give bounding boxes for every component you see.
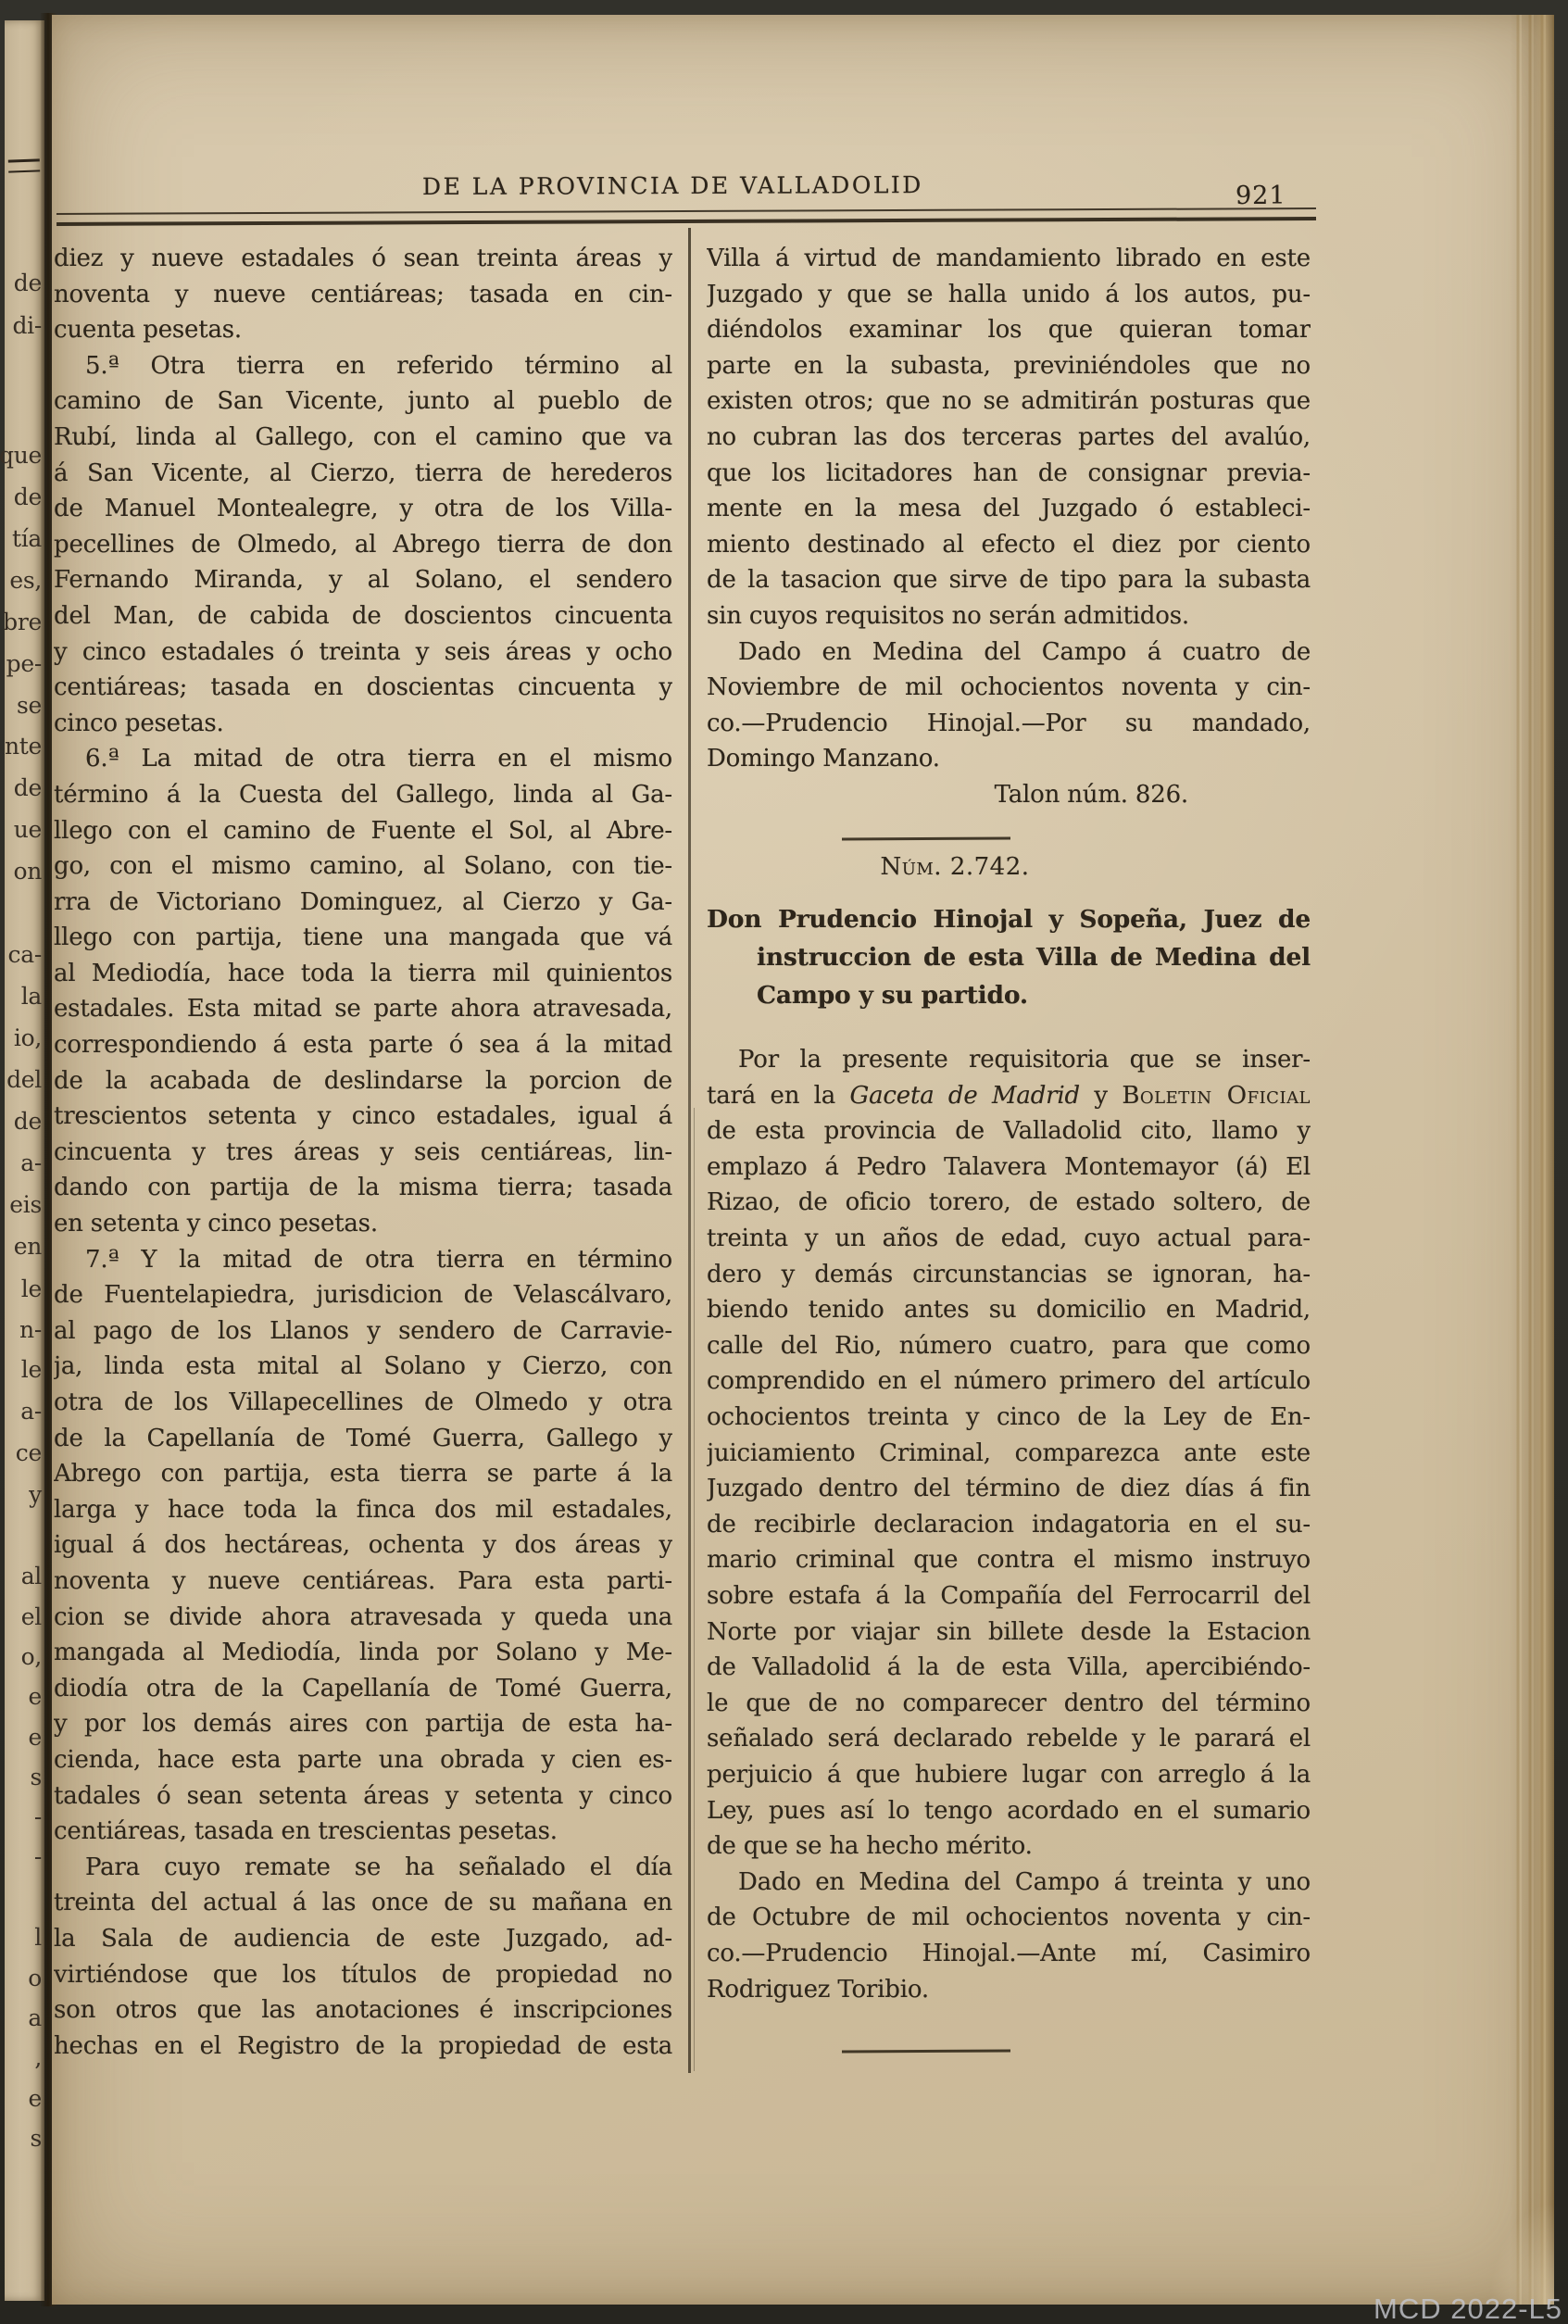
margin-fragment: eis xyxy=(9,1191,42,1218)
text-line: de Manuel Montealegre, y otra de los Vil… xyxy=(54,491,672,527)
text-line: trescientos setenta y cinco estadales, i… xyxy=(54,1099,672,1135)
notice-heading: Don Prudencio Hinojal y Sopeña, Juez dei… xyxy=(707,900,1311,1014)
text-line: noventa y nueve centiáreas. Para esta pa… xyxy=(54,1564,672,1600)
margin-fragment: di- xyxy=(12,312,42,339)
text-line: Noviembre de mil ochocientos noventa y c… xyxy=(707,670,1311,706)
text-line: cincuenta y tres áreas y seis centiáreas… xyxy=(54,1135,672,1171)
text-line: miento destinado al efecto el diez por c… xyxy=(707,527,1311,563)
margin-fragment: a- xyxy=(20,1149,42,1176)
text-line: treinta del actual á las once de su maña… xyxy=(54,1885,672,1921)
text-line: y cinco estadales ó treinta y seis áreas… xyxy=(54,634,672,671)
page-title: DE LA PROVINCIA DE VALLADOLID xyxy=(422,171,922,200)
margin-fragment: ce xyxy=(16,1439,42,1466)
margin-fragment: le xyxy=(21,1356,42,1383)
margin-fragment: que xyxy=(0,442,42,469)
text-line: cuenta pesetas. xyxy=(54,312,672,348)
text-line: de la tasacion que sirve de tipo para la… xyxy=(707,562,1311,598)
text-line: perjuicio á que hubiere lugar con arregl… xyxy=(707,1757,1311,1793)
text-line: de Octubre de mil ochocientos noventa y … xyxy=(707,1900,1311,1936)
text-line: llego con partija, tiene una mangada que… xyxy=(54,920,672,956)
margin-fragment: en xyxy=(14,1233,42,1260)
text-line: emplazo á Pedro Talavera Montemayor (á) … xyxy=(707,1149,1311,1186)
text-line: Dado en Medina del Campo á treinta y uno xyxy=(707,1865,1311,1901)
text-line: centiáreas; tasada en doscientas cincuen… xyxy=(54,670,672,706)
text-line: mario criminal que contra el mismo instr… xyxy=(707,1542,1311,1578)
text-line: Ley, pues así lo tengo acordado en el su… xyxy=(707,1793,1311,1829)
text-line: centiáreas, tasada en trescientas peseta… xyxy=(54,1814,672,1850)
text-line: señalado será declarado rebelde y le par… xyxy=(707,1721,1311,1757)
text-line: parte en la subasta, previniéndoles que … xyxy=(707,348,1311,384)
text-line: Por la presente requisitoria que se inse… xyxy=(707,1042,1311,1078)
page-edge-mark xyxy=(8,158,40,172)
text-line: diéndolos examinar los que quieran tomar xyxy=(707,312,1311,348)
margin-fragment: a xyxy=(28,2004,42,2031)
text-line: ja, linda esta mital al Solano y Cierzo,… xyxy=(54,1349,672,1385)
text-line: otra de los Villapecellines de Olmedo y … xyxy=(54,1385,672,1421)
margin-fragment: tía xyxy=(12,525,42,552)
text-line: ochocientos treinta y cinco de la Ley de… xyxy=(707,1400,1311,1436)
heading-line: Campo y su partido. xyxy=(707,976,1311,1014)
text-line: llego con el camino de Fuente el Sol, al… xyxy=(54,813,672,849)
text-line: término á la Cuesta del Gallego, linda a… xyxy=(54,777,672,813)
margin-fragment: on xyxy=(13,858,42,885)
corner-curl xyxy=(1489,2203,1554,2305)
text-line: virtiéndose que los títulos de propiedad… xyxy=(54,1957,672,1993)
margin-fragment: io, xyxy=(14,1024,42,1051)
margin-fragment: de xyxy=(14,270,42,296)
margin-fragment: al xyxy=(21,1563,42,1589)
text-line: son otros que las anotaciones é inscripc… xyxy=(54,1992,672,2029)
section-rule xyxy=(842,836,1010,840)
text-line: biendo tenido antes su domicilio en Madr… xyxy=(707,1292,1311,1328)
margin-fragment: le xyxy=(21,1275,42,1302)
margin-fragment: nte xyxy=(5,733,42,760)
heading-line: instruccion de esta Villa de Medina del xyxy=(707,938,1311,976)
text-line: cienda, hace esta parte una obrada y cie… xyxy=(54,1742,672,1778)
text-line: igual á dos hectáreas, ochenta y dos áre… xyxy=(54,1527,672,1564)
text-line: Fernando Miranda, y al Solano, el sender… xyxy=(54,562,672,598)
text-line: en setenta y cinco pesetas. xyxy=(54,1206,672,1242)
margin-fragment: de xyxy=(14,774,42,801)
previous-page-edge: dedi-quedetíaes,brepe-sentedeueonca-laio… xyxy=(5,20,44,2301)
scan-watermark: MCD 2022-L5 xyxy=(1374,2293,1562,2324)
text-line: Rizao, de oficio torero, de estado solte… xyxy=(707,1185,1311,1221)
text-line: mangada al Mediodía, linda por Solano y … xyxy=(54,1635,672,1671)
gazette-page: DE LA PROVINCIA DE VALLADOLID 921 diez y… xyxy=(52,15,1554,2305)
text-line: de recibirle declaracion indagatoria en … xyxy=(707,1507,1311,1543)
text-line: co.—Prudencio Hinojal.—Por su mandado, xyxy=(707,706,1311,742)
text-line: de la acabada de deslindarse la porcion … xyxy=(54,1063,672,1099)
left-column: diez y nueve estadales ó sean treinta ár… xyxy=(54,241,672,2064)
text-line: Para cuyo remate se ha señalado el día xyxy=(54,1850,672,1886)
text-line: de esta provincia de Valladolid cito, ll… xyxy=(707,1113,1311,1149)
text-line: hechas en el Registro de la propiedad de… xyxy=(54,2029,672,2065)
text-line: dero y demás circunstancias se ignoran, … xyxy=(707,1257,1311,1293)
text-line: go, con el mismo camino, al Solano, con … xyxy=(54,848,672,885)
text-line: y por los demás aires con partija de est… xyxy=(54,1706,672,1742)
text-line: camino de San Vicente, junto al pueblo d… xyxy=(54,383,672,420)
text-line: de Fuentelapiedra, jurisdicion de Velasc… xyxy=(54,1277,672,1313)
page-right-edge xyxy=(1510,15,1554,2305)
text-line: mente en la mesa del Juzgado ó estableci… xyxy=(707,491,1311,527)
text-line: Norte por viajar sin billete desde la Es… xyxy=(707,1614,1311,1651)
margin-fragment: de xyxy=(14,1108,42,1135)
text-line: de que se ha hecho mérito. xyxy=(707,1828,1311,1865)
text-line: la Sala de audiencia de este Juzgado, ad… xyxy=(54,1921,672,1957)
text-line: diodía otra de la Capellanía de Tomé Gue… xyxy=(54,1671,672,1707)
text-line: rra de Victoriano Dominguez, al Cierzo y… xyxy=(54,885,672,921)
margin-fragment: n- xyxy=(19,1316,42,1343)
text-line: sobre estafa á la Compañía del Ferrocarr… xyxy=(707,1578,1311,1614)
text-line: dando con partija de la misma tierra; ta… xyxy=(54,1170,672,1206)
text-line: diez y nueve estadales ó sean treinta ár… xyxy=(54,241,672,277)
margin-fragment: del xyxy=(6,1066,42,1093)
margin-fragment: bre xyxy=(3,609,42,635)
text-line: 5.ª Otra tierra en referido término al xyxy=(54,348,672,384)
margin-fragment: ue xyxy=(14,816,42,843)
scanned-document: { "header": { "title": "DE LA PROVINCIA … xyxy=(0,0,1568,2324)
text-line: calle del Rio, número cuatro, para que c… xyxy=(707,1328,1311,1364)
text-line: tará en la Gaceta de Madrid y Boletin Of… xyxy=(707,1078,1311,1114)
column-divider xyxy=(688,228,691,2073)
margin-fragment: se xyxy=(17,692,42,719)
header-rule xyxy=(56,207,1316,226)
text-line: juiciamiento Criminal, comparezca ante e… xyxy=(707,1436,1311,1472)
text-line: cion se divide ahora atravesada y queda … xyxy=(54,1600,672,1636)
text-line: Dado en Medina del Campo á cuatro de xyxy=(707,634,1311,671)
text-line: correspondiendo á esta parte ó sea á la … xyxy=(54,1027,672,1063)
margin-fragment: e xyxy=(29,1724,43,1751)
text-line: Domingo Manzano. xyxy=(707,741,1311,777)
text-line: al Mediodía, hace toda la tierra mil qui… xyxy=(54,956,672,992)
margin-fragment: pe- xyxy=(6,650,42,677)
text-line: á San Vicente, al Cierzo, tierra de here… xyxy=(54,456,672,492)
text-line: del Man, de cabida de doscientos cincuen… xyxy=(54,598,672,634)
margin-fragment: ca- xyxy=(8,941,42,968)
text-line: de Valladolid á la de esta Villa, aperci… xyxy=(707,1650,1311,1686)
margin-fragment: o xyxy=(28,1965,42,1991)
text-line: estadales. Esta mitad se parte ahora atr… xyxy=(54,991,672,1027)
page-number: 921 xyxy=(1236,182,1286,210)
text-line: noventa y nueve centiáreas; tasada en ci… xyxy=(54,277,672,313)
column-divider-echo xyxy=(694,1108,695,2071)
text-line: tadales ó sean setenta áreas y setenta y… xyxy=(54,1778,672,1815)
text-line: existen otros; que no se admitirán postu… xyxy=(707,383,1311,420)
margin-fragment: de xyxy=(14,484,42,510)
text-line: de la Capellanía de Tomé Guerra, Gallego… xyxy=(54,1421,672,1457)
text-line: Abrego con partija, esta tierra se parte… xyxy=(54,1456,672,1492)
text-line: pecellines de Olmedo, al Abrego tierra d… xyxy=(54,527,672,563)
text-line: Juzgado y que se halla unido á los autos… xyxy=(707,277,1311,313)
text-line: al pago de los Llanos y sendero de Carra… xyxy=(54,1313,672,1350)
margin-fragment: es, xyxy=(9,567,42,594)
text-line: Juzgado dentro del término de diez días … xyxy=(707,1471,1311,1507)
heading-line: Don Prudencio Hinojal y Sopeña, Juez de xyxy=(707,900,1311,938)
talon-number-line: Talon núm. 826. xyxy=(707,777,1311,813)
text-line: 6.ª La mitad de otra tierra en el mismo xyxy=(54,741,672,777)
margin-fragment: el xyxy=(21,1603,42,1630)
section-rule xyxy=(842,2050,1010,2054)
text-line: no cubran las dos terceras partes del av… xyxy=(707,420,1311,456)
text-line: Rubí, linda al Gallego, con el camino qu… xyxy=(54,420,672,456)
text-line: 7.ª Y la mitad de otra tierra en término xyxy=(54,1242,672,1278)
margin-fragment: a- xyxy=(20,1398,42,1425)
margin-fragment: e xyxy=(29,2085,43,2112)
text-line: co.—Prudencio Hinojal.—Ante mí, Casimiro xyxy=(707,1936,1311,1972)
text-line: Villa á virtud de mandamiento librado en… xyxy=(707,241,1311,277)
text-line: Rodriguez Toribio. xyxy=(707,1972,1311,2008)
text-line: cinco pesetas. xyxy=(54,706,672,742)
right-column: Villa á virtud de mandamiento librado en… xyxy=(707,241,1311,2062)
notice-number: Núm. 2.742. xyxy=(653,849,1257,886)
text-line: comprendido en el número primero del art… xyxy=(707,1363,1311,1400)
text-line: treinta y un años de edad, cuyo actual p… xyxy=(707,1221,1311,1257)
text-line: le que de no comparecer dentro del térmi… xyxy=(707,1686,1311,1722)
margin-fragment: o, xyxy=(21,1643,42,1670)
margin-fragment: e xyxy=(29,1683,43,1710)
text-line: que los licitadores han de consignar pre… xyxy=(707,456,1311,492)
text-line: larga y hace toda la finca dos mil estad… xyxy=(54,1492,672,1528)
margin-fragment: la xyxy=(21,983,42,1010)
text-line: sin cuyos requisitos no serán admitidos. xyxy=(707,598,1311,634)
margin-fragment: y xyxy=(29,1481,42,1508)
